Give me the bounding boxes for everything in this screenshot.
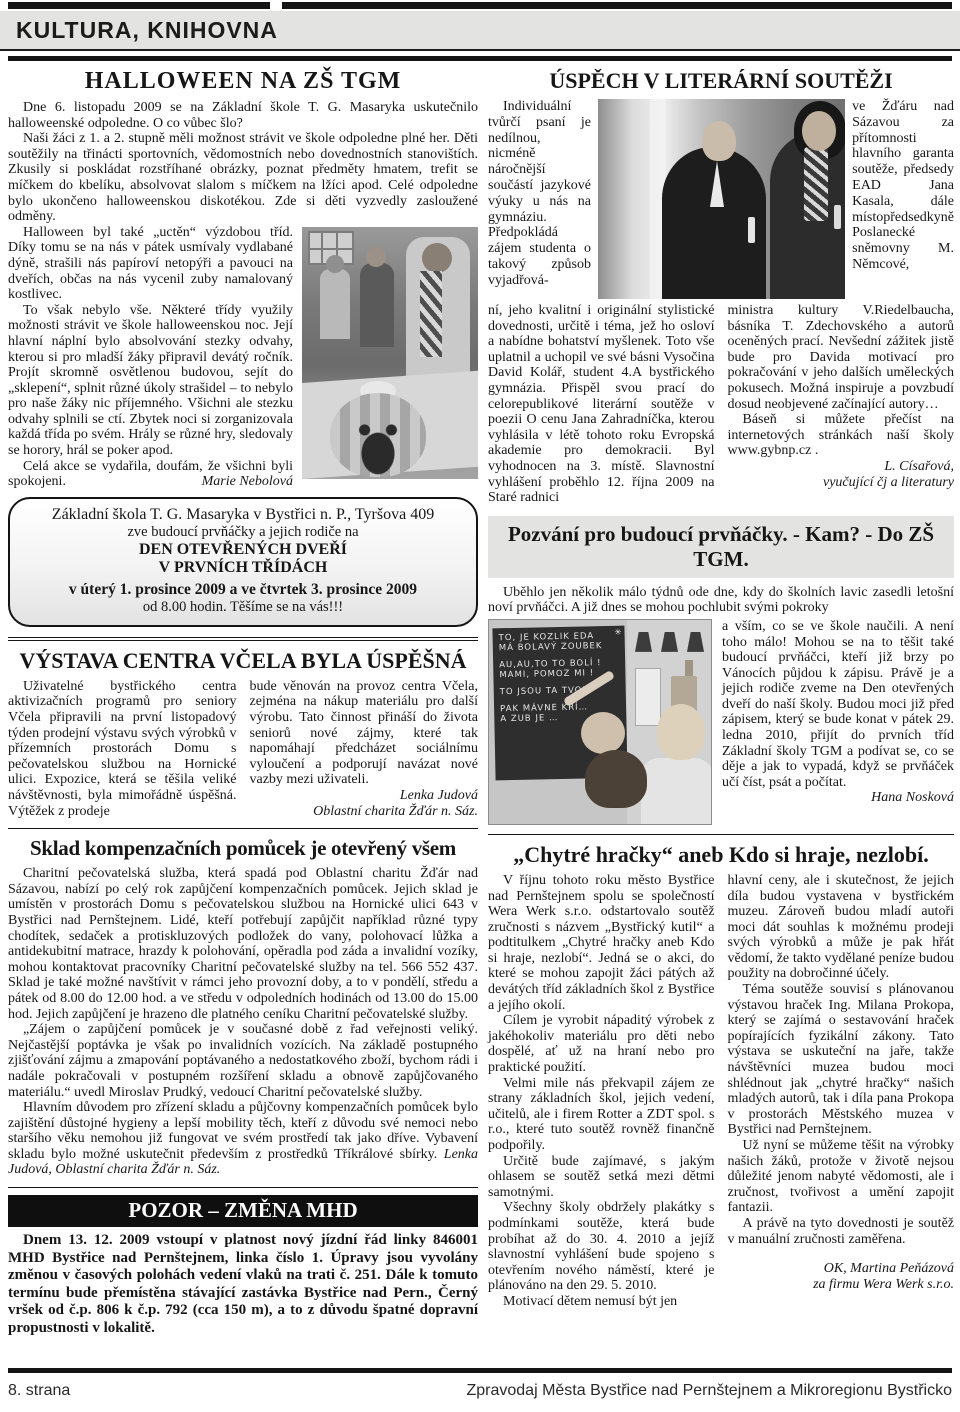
uspech-lower-right-text-1: ministra kultury V.Riedelbaucha, básníka…	[728, 303, 955, 412]
pozvani-intro: Uběhlo jen několik málo týdnů ode dne, k…	[488, 585, 954, 616]
hracky-signature-org: za firmu Wera Werk s.r.o.	[728, 1277, 955, 1293]
hracky-left-paragraph: Cílem je vyrobit nápaditý výrobek z jaké…	[488, 1013, 715, 1075]
hracky-left-paragraph: V říjnu tohoto roku město Bystřice nad P…	[488, 873, 715, 1013]
invitation-time: od 8.00 hodin. Těšíme se na vás!!!	[20, 599, 466, 616]
footer-rule	[8, 1368, 952, 1373]
invitation-dates: v úterý 1. prosince 2009 a ve čtvrtek 3.…	[20, 581, 466, 599]
hracky-columns: V říjnu tohoto roku město Bystřice nad P…	[488, 873, 954, 1310]
patterned-scarf-shape	[804, 147, 828, 221]
vcela-signature-org: Oblastní charita Žďár n. Sáz.	[250, 804, 479, 820]
pozvani-paragraph: a vším, co se ve škole naučili. A není t…	[722, 619, 954, 791]
paper-dress-shape	[635, 632, 652, 652]
uspech-photo-row: Individuální tvůrčí psaní je nedílnou, n…	[488, 99, 954, 299]
drink-glass-shape	[834, 205, 841, 229]
invitation-event-subtitle: V PRVNÍCH TŘÍDÁCH	[20, 559, 466, 577]
hracky-right-paragraph: Téma soutěže souvisí s plánovanou výstav…	[728, 982, 955, 1138]
child-head-shape	[422, 243, 452, 273]
man-head-shape	[702, 121, 736, 161]
vcela-text-1: Uživatelné bystřického centra aktivizačn…	[8, 679, 237, 819]
boy-head-shape	[581, 712, 625, 754]
hracky-title: „Chytré hračky“ aneb Kdo si hraje, nezlo…	[488, 842, 954, 868]
right-column: ÚSPĚCH V LITERÁRNÍ SOUTĚŽI Individuální …	[488, 66, 954, 1310]
uspech-left-narrow-column: Individuální tvůrčí psaní je nedílnou, n…	[488, 99, 591, 299]
pozvani-side-text: a vším, co se ve škole naučili. A není t…	[722, 619, 954, 825]
child-head-shape	[326, 255, 344, 273]
boy-head-shape	[585, 750, 647, 808]
hracky-left-paragraph: Všechny školy obdržely plakátky s podmín…	[488, 1200, 715, 1294]
mhd-title: POZOR – ZMĚNA MHD	[128, 1198, 357, 1222]
article-hracky: „Chytré hračky“ aneb Kdo si hraje, nezlo…	[488, 842, 954, 1310]
striped-scarf-shape	[420, 271, 442, 357]
sklad-closing-text: Hlavním důvodem pro zřízení skladu a půj…	[8, 1100, 478, 1162]
pozvani-title-band: Pozvání pro budoucí prvňáčky. - Kam? - D…	[488, 516, 954, 578]
article-sklad: Sklad kompenzačních pomůcek je otevřený …	[8, 836, 478, 1178]
halloween-title: HALLOWEEN NA ZŠ TGM	[8, 68, 478, 95]
invitation-event-title: DEN OTEVŘENÝCH DVEŘÍ	[20, 541, 466, 559]
hracky-left-paragraph: Velmi mile nás překvapil zájem ze strany…	[488, 1076, 715, 1154]
footer-publication-name: Zpravodaj Města Bystřice nad Pernštejnem…	[466, 1382, 952, 1400]
vcela-column-2: bude věnován na provoz centra Včela, zej…	[250, 679, 479, 819]
uspech-lower-right-text-2: Báseň si můžete přečíst na internetových…	[728, 412, 955, 459]
section-divider	[488, 834, 954, 835]
child-silhouette	[360, 263, 394, 347]
page-number: 8. strana	[8, 1382, 70, 1400]
uspech-lower-left: ní, jeho kvalitní i originální stylistic…	[488, 303, 715, 506]
girl-head-shape	[657, 704, 705, 760]
invitation-school-name: Základní škola T. G. Masaryka v Bystřici…	[20, 506, 466, 524]
uspech-lower-columns: ní, jeho kvalitní i originální stylistic…	[488, 303, 954, 506]
girl-shoulder-shape	[641, 758, 712, 825]
section-divider	[8, 828, 478, 829]
vcela-columns: Uživatelné bystřického centra aktivizačn…	[8, 679, 478, 819]
open-door-invitation-box: Základní škola T. G. Masaryka v Bystřici…	[8, 497, 478, 627]
paper-dress-shape	[661, 632, 678, 652]
award-ceremony-photo	[598, 99, 845, 299]
poster-sheet-shape	[635, 668, 661, 726]
article-pozvani: Uběhlo jen několik málo týdnů ode dne, k…	[488, 585, 954, 825]
halloween-paragraph-1: Dne 6. listopadu 2009 se na Základní ško…	[8, 100, 478, 131]
chalk-doodle: ✳	[614, 628, 622, 638]
uspech-signature-role: vyučující čj a literatury	[728, 475, 955, 491]
child-silhouette	[320, 269, 350, 339]
left-column: HALLOWEEN NA ZŠ TGM Dne 6. listopadu 200…	[8, 66, 478, 1338]
sklad-paragraph-2: „Zájem o zapůjčení pomůcek je v současné…	[8, 1022, 478, 1100]
hracky-column-1: V říjnu tohoto roku město Bystřice nad P…	[488, 873, 715, 1310]
halloween-photo	[302, 227, 478, 479]
header-rule	[8, 56, 952, 61]
sklad-paragraph-1: Charitní pečovatelská služba, která spad…	[8, 866, 478, 1022]
uspech-text-right: ve Žďáru nad Sázavou za přítomnosti hlav…	[852, 99, 954, 273]
page-footer: 8. strana Zpravodaj Města Bystřice nad P…	[8, 1382, 952, 1400]
uspech-lower-right: ministra kultury V.Riedelbaucha, básníka…	[728, 303, 955, 506]
drink-glass-shape	[748, 217, 755, 243]
article-halloween: HALLOWEEN NA ZŠ TGM Dne 6. listopadu 200…	[8, 68, 478, 490]
paper-dress-cutouts	[635, 632, 704, 652]
child-head-shape	[366, 247, 386, 267]
vcela-title: VÝSTAVA CENTRA VČELA BYLA ÚSPĚŠNÁ	[8, 648, 478, 674]
hracky-right-paragraph: Už nyní se můžeme těšit na výrobky našic…	[728, 1138, 955, 1216]
section-divider	[8, 637, 478, 641]
invitation-line: zve budoucí prvňáčky a jejich rodiče na	[20, 524, 466, 541]
hracky-right-paragraph: hlavní ceny, ale i skutečnost, že jejich…	[728, 873, 955, 982]
uspech-text-left: Individuální tvůrčí psaní je nedílnou, n…	[488, 99, 591, 289]
uspech-signature-name: L. Císařová,	[728, 459, 955, 475]
newspaper-page: KULTURA, KNIHOVNA HALLOWEEN NA ZŠ TGM Dn…	[0, 0, 960, 1412]
hracky-column-2: hlavní ceny, ale i skutečnost, že jejich…	[728, 873, 955, 1310]
vcela-signature-name: Lenka Judová	[250, 788, 479, 804]
pozvani-signature: Hana Nosková	[722, 790, 954, 806]
carved-pumpkin-shape	[330, 393, 426, 477]
sklad-title: Sklad kompenzačních pomůcek je otevřený …	[8, 836, 478, 861]
uspech-lower-left-text: ní, jeho kvalitní i originální stylistic…	[488, 303, 715, 506]
vcela-text-2: bude věnován na provoz centra Včela, zej…	[250, 679, 479, 788]
author-signature: Marie Nebolová	[187, 474, 293, 490]
woman-head-shape	[802, 111, 836, 151]
mhd-paragraph: Dnem 13. 12. 2009 vstoupí v platnost nov…	[8, 1232, 478, 1338]
pozvani-photo-row: ✳ TO, JE KOZLIK EDA MÁ BOLAVÝ ZOUBEK AU,…	[488, 619, 954, 825]
article-uspech: ÚSPĚCH V LITERÁRNÍ SOUTĚŽI Individuální …	[488, 68, 954, 506]
section-header-label: KULTURA, KNIHOVNA	[0, 17, 278, 44]
vcela-column-1: Uživatelné bystřického centra aktivizačn…	[8, 679, 237, 819]
section-header-band: KULTURA, KNIHOVNA	[0, 11, 960, 51]
hracky-right-paragraph: A právě na tyto dovednosti je soutěž v m…	[728, 1216, 955, 1247]
sklad-paragraph-3: Hlavním důvodem pro zřízení skladu a půj…	[8, 1100, 478, 1178]
mhd-title-band: POZOR – ZMĚNA MHD	[8, 1195, 478, 1227]
classroom-chalkboard-photo: ✳ TO, JE KOZLIK EDA MÁ BOLAVÝ ZOUBEK AU,…	[488, 619, 712, 825]
halloween-paragraph-2: Naši žáci z 1. a 2. stupně měli možnost …	[8, 131, 478, 225]
section-divider	[8, 1187, 478, 1188]
paper-dress-shape	[687, 632, 704, 652]
article-mhd: POZOR – ZMĚNA MHD Dnem 13. 12. 2009 vsto…	[8, 1195, 478, 1338]
top-rule	[8, 2, 952, 9]
hracky-left-paragraph: Určitě bude zajímavé, s jakým ohlasem se…	[488, 1154, 715, 1201]
hracky-left-paragraph: Motivací dětem nemusí být jen	[488, 1294, 715, 1310]
hracky-signature-name: OK, Martina Peňázová	[728, 1261, 955, 1277]
uspech-right-narrow-column: ve Žďáru nad Sázavou za přítomnosti hlav…	[852, 99, 954, 299]
article-vcela: VÝSTAVA CENTRA VČELA BYLA ÚSPĚŠNÁ Uživat…	[8, 648, 478, 819]
uspech-title: ÚSPĚCH V LITERÁRNÍ SOUTĚŽI	[488, 68, 954, 94]
pozvani-title: Pozvání pro budoucí prvňáčky. - Kam? - D…	[508, 522, 934, 571]
